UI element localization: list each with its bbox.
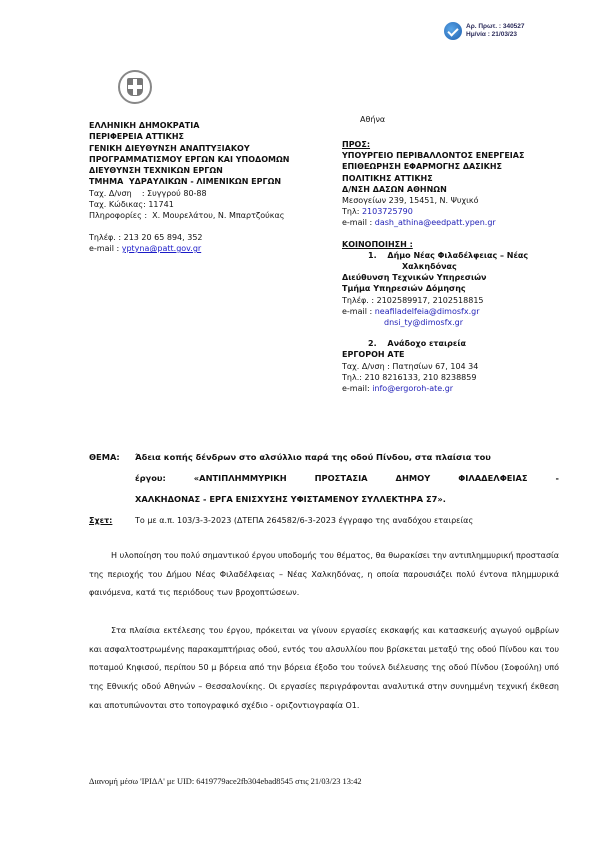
subject-line-1: ΘΕΜΑ:Άδεια κοπής δένδρων στο αλσύλλιο πα… (89, 447, 559, 468)
cc-item-2-name: 2. Ανάδοχο εταιρεία (342, 338, 582, 349)
sender-postcode: Ταχ. Κώδικας: 11741 (89, 199, 339, 210)
reference-block: Σχετ: Το με α.π. 103/3-3-2023 (ΔΤΕΠΑ 264… (89, 515, 559, 527)
body-paragraph-1: Η υλοποίηση του πολύ σημαντικού έργου υπ… (89, 547, 559, 603)
phone-label: Τηλ: (342, 207, 362, 216)
sender-block: ΕΛΛΗΝΙΚΗ ΔΗΜΟΚΡΑΤΙΑ ΠΕΡΙΦΕΡΕΙΑ ΑΤΤΙΚΗΣ Γ… (89, 120, 339, 254)
approval-check-icon (444, 22, 462, 40)
reference-label: Σχετ: (89, 515, 135, 527)
cc-item-1-name-cont: Χαλκηδόνας (342, 261, 582, 272)
sender-line: ΤΜΗΜΑ ΥΔΡΑΥΛΙΚΩΝ - ΛΙΜΕΝΙΚΩΝ ΕΡΓΩΝ (89, 176, 339, 187)
cc-item-1-email2-link[interactable]: dnsi_ty@dimosfx.gr (342, 317, 582, 328)
cc-item-name: Δήμο Νέας Φιλαδέλφειας – Νέας (387, 251, 528, 260)
cc-label: ΚΟΙΝΟΠΟΙΗΣΗ : (342, 239, 582, 250)
cc-item-name: Ανάδοχο εταιρεία (387, 339, 466, 348)
recipient-block: ΠΡΟΣ: ΥΠΟΥΡΓΕΙΟ ΠΕΡΙΒΑΛΛΟΝΤΟΣ ΕΝΕΡΓΕΙΑΣ … (342, 139, 582, 394)
subject-line-3: ΧΑΛΚΗΔΟΝΑΣ - ΕΡΓΑ ΕΝΙΣΧΥΣΗΣ ΥΦΙΣΤΑΜΕΝΟΥ … (89, 489, 559, 510)
cc-item-1-section: Τμήμα Υπηρεσιών Δόμησης (342, 283, 582, 294)
cc-item-number: 1. (368, 251, 377, 260)
recipient-line: ΕΠΙΘΕΩΡΗΣΗ ΕΦΑΡΜΟΓΗΣ ΔΑΣΙΚΗΣ (342, 161, 582, 172)
city: Αθήνα (360, 115, 385, 124)
cc-item-2-email-row: e-mail: info@ergoroh-ate.gr (342, 383, 582, 394)
cross-shield-icon (127, 78, 143, 96)
email-label: e-mail : (342, 218, 375, 227)
recipient-email-row: e-mail : dash_athina@eedpatt.ypen.gr (342, 217, 582, 228)
stamp-text: Αρ. Πρωτ. : 340527 Ημ/νία : 21/03/23 (466, 23, 525, 39)
recipient-email-link[interactable]: dash_athina@eedpatt.ypen.gr (375, 218, 496, 227)
email-label: e-mail: (342, 384, 372, 393)
cc-item-1-dept: Διεύθυνση Τεχνικών Υπηρεσιών (342, 272, 582, 283)
protocol-date: Ημ/νία : 21/03/23 (466, 31, 525, 39)
protocol-stamp: Αρ. Πρωτ. : 340527 Ημ/νία : 21/03/23 (444, 22, 525, 40)
subject-block: ΘΕΜΑ:Άδεια κοπής δένδρων στο αλσύλλιο πα… (89, 447, 559, 510)
cc-item-2-email-link[interactable]: info@ergoroh-ate.gr (372, 384, 453, 393)
recipient-line: ΥΠΟΥΡΓΕΙΟ ΠΕΡΙΒΑΛΛΟΝΤΟΣ ΕΝΕΡΓΕΙΑΣ (342, 150, 582, 161)
cc-item-2-phone: Τηλ.: 210 8216133, 210 8238859 (342, 372, 582, 383)
subject-line-2: έργου: «ΑΝΤΙΠΛΗΜΜΥΡΙΚΗ ΠΡΟΣΤΑΣΙΑ ΔΗΜΟΥ Φ… (89, 468, 559, 489)
cc-item-1-email-link[interactable]: neafiladelfeia@dimosfx.gr (375, 307, 480, 316)
sender-address: Ταχ. Δ/νση : Συγγρού 80-88 (89, 188, 339, 199)
recipient-line: Δ/ΝΣΗ ΔΑΣΩΝ ΑΘΗΝΩΝ (342, 184, 582, 195)
sender-email-link[interactable]: yptyna@patt.gov.gr (122, 244, 201, 253)
recipient-phone-row: Τηλ: 2103725790 (342, 206, 582, 217)
cc-item-1-name: 1. Δήμο Νέας Φιλαδέλφειας – Νέας (342, 250, 582, 261)
sender-line: ΠΡΟΓΡΑΜΜΑΤΙΣΜΟΥ ΕΡΓΩΝ ΚΑΙ ΥΠΟΔΟΜΩΝ (89, 154, 339, 165)
cc-item-number: 2. (368, 339, 377, 348)
cc-item-2-company: ΕΡΓΟΡΟΗ ΑΤΕ (342, 349, 582, 360)
subject-text: Άδεια κοπής δένδρων στο αλσύλλιο παρά τη… (135, 452, 491, 462)
sender-line: ΔΙΕΥΘΥΝΣΗ ΤΕΧΝΙΚΩΝ ΕΡΓΩΝ (89, 165, 339, 176)
cc-item-1-email-row: e-mail : neafiladelfeia@dimosfx.gr (342, 306, 582, 317)
greek-coat-of-arms-icon (118, 70, 152, 104)
cc-item-2-address: Ταχ. Δ/νση : Πατησίων 67, 104 34 (342, 361, 582, 372)
sender-email-row: e-mail : yptyna@patt.gov.gr (89, 243, 339, 254)
email-label: e-mail : (342, 307, 375, 316)
protocol-number: Αρ. Πρωτ. : 340527 (466, 23, 525, 31)
cc-item-1-phone: Τηλέφ. : 2102589917, 2102518815 (342, 295, 582, 306)
recipient-line: ΠΟΛΙΤΙΚΗΣ ΑΤΤΙΚΗΣ (342, 173, 582, 184)
sender-phone: Τηλέφ. : 213 20 65 894, 352 (89, 232, 339, 243)
recipient-label: ΠΡΟΣ: (342, 139, 582, 150)
sender-line: ΕΛΛΗΝΙΚΗ ΔΗΜΟΚΡΑΤΙΑ (89, 120, 339, 131)
sender-line: ΓΕΝΙΚΗ ΔΙΕΥΘΥΝΣΗ ΑΝΑΠΤΥΞΙΑΚΟΥ (89, 143, 339, 154)
sender-line: ΠΕΡΙΦΕΡΕΙΑ ΑΤΤΙΚΗΣ (89, 131, 339, 142)
email-label: e-mail : (89, 244, 122, 253)
subject-label: ΘΕΜΑ: (89, 447, 135, 468)
reference-text: Το με α.π. 103/3-3-2023 (ΔΤΕΠΑ 264582/6-… (135, 515, 473, 527)
recipient-phone[interactable]: 2103725790 (362, 207, 413, 216)
body-paragraph-2: Στα πλαίσια εκτέλεσης του έργου, πρόκειτ… (89, 622, 559, 716)
sender-info: Πληροφορίες : Χ. Μουρελάτου, Ν. Μπαρτζού… (89, 210, 339, 221)
distribution-footer: Διανομή μέσω 'ΙΡΙΔΑ' με UID: 6419779ace2… (89, 777, 362, 786)
recipient-address: Μεσογείων 239, 15451, Ν. Ψυχικό (342, 195, 582, 206)
